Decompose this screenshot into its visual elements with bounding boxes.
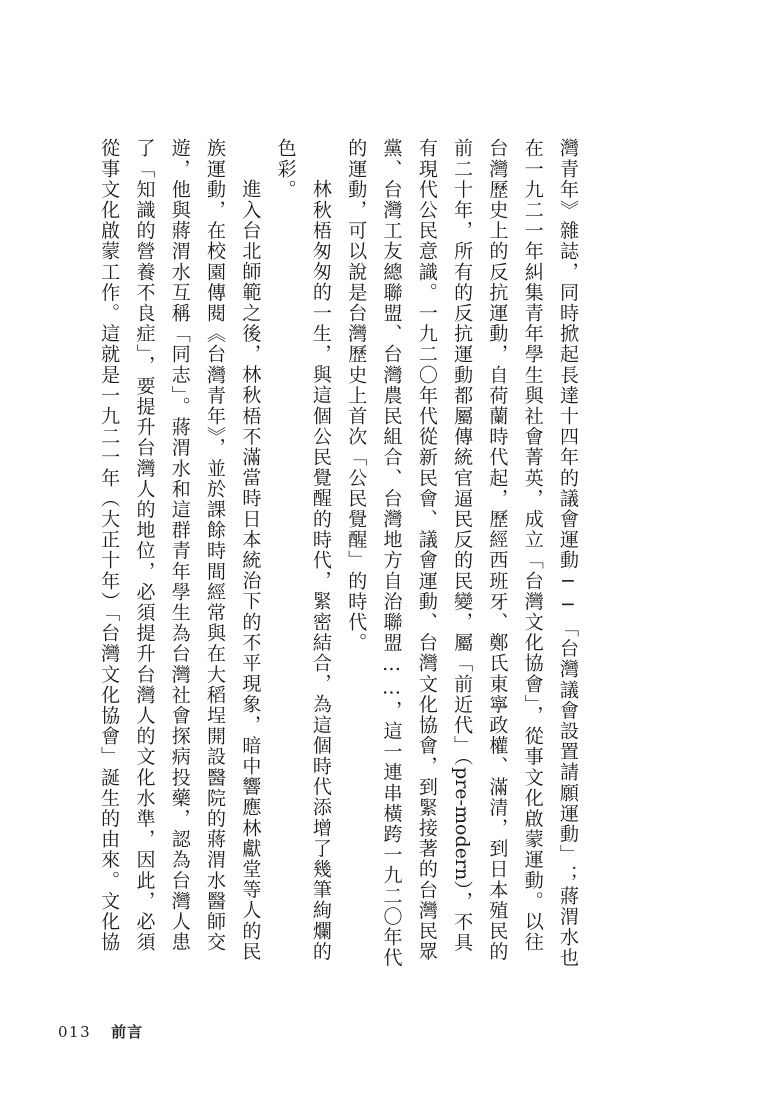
text-column-13: 了「知識的營養不良症」，要提升台灣人的地位，必須提升台灣人的文化水準，因此，必須	[126, 138, 161, 968]
text-column-7: 的運動，可以說是台灣歷史上首次「公民覺醒」的時代。	[338, 138, 373, 968]
vertical-body-text: 灣青年》雜誌，同時掀起長達十四年的議會運動──「台灣議會設置請願運動」；蔣渭水也…	[91, 138, 585, 968]
text-column-6: 黨、台灣工友總聯盟、台灣農民組合、台灣地方自治聯盟……，這一連串橫跨一九二〇年代	[373, 138, 408, 968]
book-page: 灣青年》雜誌，同時掀起長達十四年的議會運動──「台灣議會設置請願運動」；蔣渭水也…	[0, 0, 775, 1100]
text-column-9: 色彩。	[267, 138, 302, 968]
text-column-10-paragraph-start: 進入台北師範之後，林秋梧不滿當時日本統治下的不平現象，暗中響應林獻堂等人的民	[232, 138, 267, 968]
text-column-3: 台灣歷史上的反抗運動，自荷蘭時代起，歷經西班牙、鄭氏東寧政權、滿清，到日本殖民的	[479, 138, 514, 968]
text-column-5: 有現代公民意識。一九二〇年代從新民會、議會運動、台灣文化協會，到緊接著的台灣民眾	[409, 138, 444, 968]
latin-term: pre-modern	[451, 767, 473, 880]
text-column-12: 遊，他與蔣渭水互稱「同志」。蔣渭水和這群青年學生為台灣社會探病投藥，認為台灣人患	[161, 138, 196, 968]
page-footer: 013 前言	[58, 1021, 143, 1042]
text-column-4-after: ），不具	[451, 880, 473, 953]
text-column-14: 從事文化啟蒙工作。這就是一九二一年（大正十年）「台灣文化協會」誕生的由來。文化協	[91, 138, 126, 968]
text-column-4: 前二十年，所有的反抗運動都屬傳統官逼民反的民變，屬「前近代」（pre-moder…	[444, 138, 479, 968]
text-column-8-paragraph-start: 林秋梧匆匆的一生，與這個公民覺醒的時代，緊密結合，為這個時代添增了幾筆絢爛的	[303, 138, 338, 968]
page-number: 013	[58, 1023, 91, 1041]
text-column-2: 在一九二一年糾集青年學生與社會菁英，成立「台灣文化協會」，從事文化啟蒙運動。以往	[514, 138, 549, 968]
running-head: 前言	[111, 1021, 143, 1042]
text-column-4-before: 前二十年，所有的反抗運動都屬傳統官逼民反的民變，屬「前近代」（	[451, 138, 473, 767]
text-column-1: 灣青年》雜誌，同時掀起長達十四年的議會運動──「台灣議會設置請願運動」；蔣渭水也	[550, 138, 585, 968]
text-column-11: 族運動，在校園傳閱《台灣青年》，並於課餘時間經常與在大稻埕開設醫院的蔣渭水醫師交	[197, 138, 232, 968]
